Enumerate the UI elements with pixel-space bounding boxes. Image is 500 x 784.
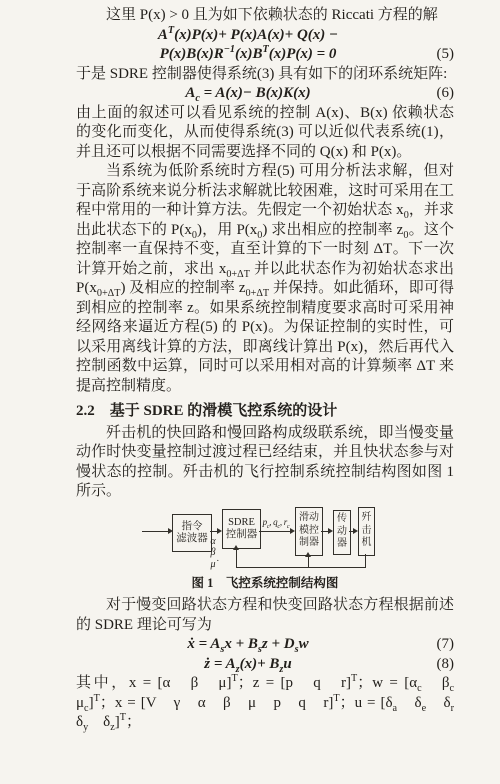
feedback-to-sdre-line — [236, 547, 237, 567]
equation-7-number: (7) — [437, 635, 455, 655]
sdre-controller-label-line2: 控制器 — [226, 529, 258, 541]
aircraft-box: 歼 击 机 — [358, 507, 375, 556]
paragraph-loop-equations-intro: 对于慢变回路状态方程和快变回路状态方程根据前述的 SDRE 理论可写为 — [76, 596, 454, 635]
figure-caption: 图 1 飞控系统控制结构图 — [76, 574, 454, 594]
sdre-controller-label-line1: SDRE — [228, 517, 255, 529]
paragraph-computation-method: 当系统为低阶系统时方程(5) 可用分析法求解，但对于高阶系统来说分析法求解就比较… — [76, 162, 454, 396]
sdre-controller-box: SDRE 控制器 — [222, 509, 261, 549]
equation-8-number: (8) — [437, 655, 455, 675]
smc-label-line2: 模控 — [299, 525, 319, 538]
feedback-drop-line — [365, 554, 366, 567]
actuator-label-line2: 动 — [337, 526, 347, 539]
paper-page: 这里 P(x) > 0 且为如下依赖状态的 Riccati 方程的解 AT(x)… — [0, 0, 500, 733]
smc-label-line1: 滑动 — [299, 512, 319, 525]
equation-8: ż = Az(x)+ Bzu (8) — [76, 655, 454, 675]
equation-5-number: (5) — [437, 45, 455, 65]
alpha-label: α — [204, 536, 222, 548]
feedback-to-sdre-arrowhead-icon — [233, 545, 239, 550]
equation-5-line2: P(x)B(x)R−1(x)BT(x)P(x) = 0 — [76, 45, 420, 65]
input-arrow-line — [142, 531, 168, 532]
section-heading-2-2: 2.2 基于 SDRE 的滑模飞控系统的设计 — [76, 402, 454, 422]
aircraft-label-line1: 歼 — [362, 512, 372, 525]
aircraft-label-line2: 击 — [362, 525, 372, 538]
equation-5-line1: AT(x)P(x)+ P(x)A(x)+ Q(x) − — [76, 26, 420, 46]
figure-flight-control-diagram: 指令 滤波器 α β μ̇ SDRE 控制器 pc, qc, rc 滑动 模控 … — [76, 506, 454, 572]
feedback-signal-labels: α β μ̇ — [204, 536, 222, 571]
pqr-command-label: pc, qc, rc — [257, 517, 295, 527]
equation-6-number: (6) — [437, 84, 455, 104]
paragraph-intro-riccati: 这里 P(x) > 0 且为如下依赖状态的 Riccati 方程的解 — [76, 6, 454, 26]
equation-8-line1: ż = Az(x)+ Bzu — [76, 655, 420, 675]
paragraph-closed-loop: 于是 SDRE 控制器使得系统(3) 具有如下的闭环系统矩阵: — [76, 65, 454, 85]
paragraph-cascade-system: 歼击机的快回路和慢回路构成级联系统，即当慢变量动作时快变量控制过渡过程已经结束，… — [76, 424, 454, 502]
actuator-label-line3: 器 — [337, 538, 347, 551]
feedback-to-smc-arrowhead-icon — [305, 552, 311, 557]
smc-label-line3: 制器 — [299, 537, 319, 550]
equation-6-line1: Ac = A(x)− B(x)K(x) — [76, 84, 420, 104]
command-filter-label-line1: 指令 — [182, 521, 203, 533]
paragraph-state-dependence: 由上面的叙述可以看见系统的控制 A(x)、B(x) 依赖状态的变化而变化，从而使… — [76, 104, 454, 163]
mu-dot-label: μ̇ — [204, 559, 222, 571]
beta-label: β — [204, 547, 222, 559]
sdre-to-smc-line — [259, 531, 292, 532]
paragraph-variable-definitions: 其中，x = [α β μ]T；z = [p q r]T；w = [αc βc … — [76, 674, 454, 733]
equation-7-line1: ẋ = Asx + Bsz + Dsw — [76, 635, 420, 655]
sliding-mode-controller-box: 滑动 模控 制器 — [295, 507, 323, 556]
equation-5: AT(x)P(x)+ P(x)A(x)+ Q(x) − P(x)B(x)R−1(… — [76, 26, 454, 65]
aircraft-label-line3: 机 — [362, 537, 372, 550]
actuator-label-line1: 传 — [337, 513, 347, 526]
feedback-horizontal-line — [236, 567, 366, 568]
equation-7: ẋ = Asx + Bsz + Dsw (7) — [76, 635, 454, 655]
equation-6: Ac = A(x)− B(x)K(x) (6) — [76, 84, 454, 104]
actuator-box: 传 动 器 — [333, 510, 351, 555]
